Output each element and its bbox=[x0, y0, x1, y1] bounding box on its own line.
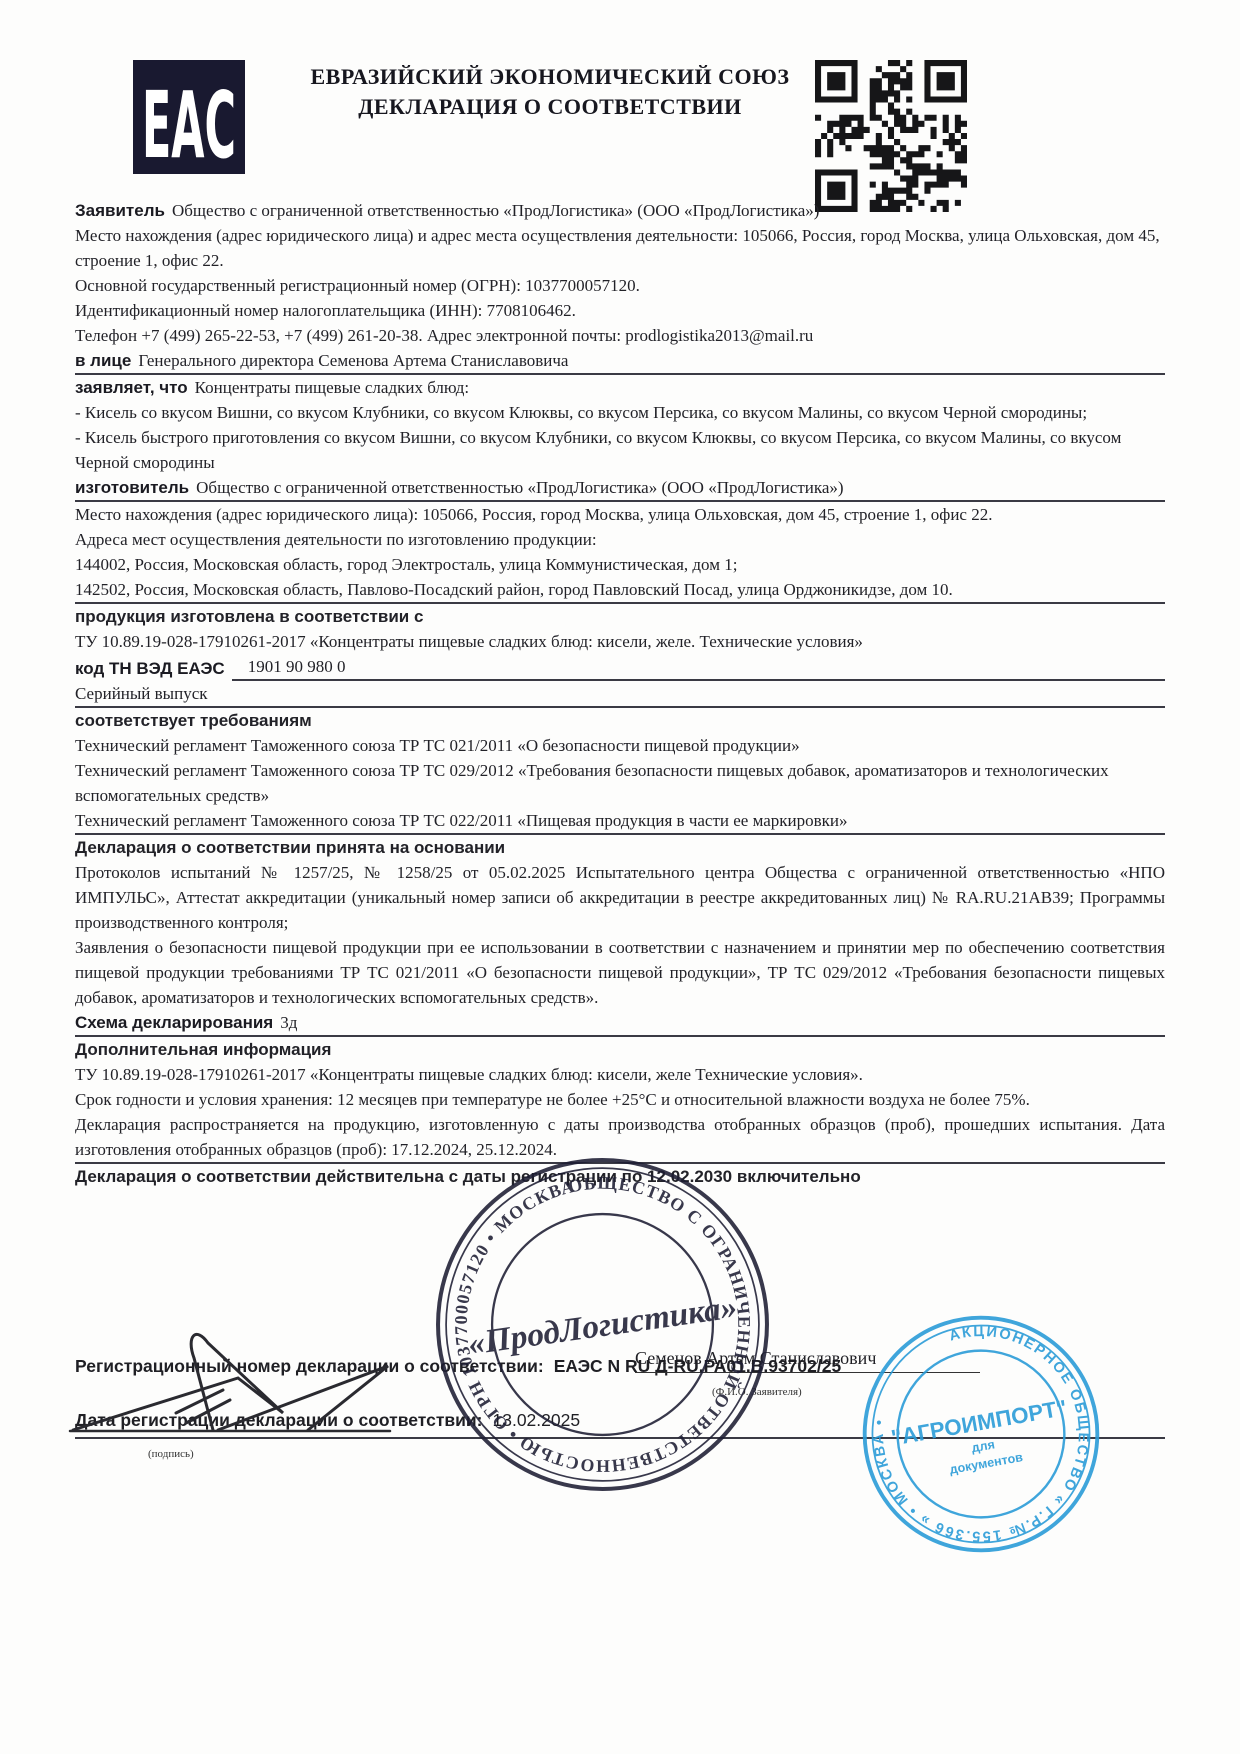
svg-text:ЕАС: ЕАС bbox=[142, 72, 236, 174]
product-item-2: - Кисель быстрого приготовления со вкусо… bbox=[75, 425, 1165, 475]
declares-line: заявляет, чтоКонцентраты пищевые сладких… bbox=[75, 375, 1165, 400]
company-seal-center-text: «ПродЛогистика» bbox=[466, 1288, 740, 1362]
agroimport-stamp: АКЦИОНЕРНОЕ ОБЩЕСТВО « Г.Р.№ 155.366 » •… bbox=[855, 1308, 1107, 1560]
regulation-2: Технический регламент Таможенного союза … bbox=[75, 758, 1165, 808]
applicant-name: Общество с ограниченной ответственностью… bbox=[172, 201, 819, 220]
made-in-accordance-text: ТУ 10.89.19-028-17910261-2017 «Концентра… bbox=[75, 629, 1165, 654]
in-person-label: в лице bbox=[75, 351, 131, 370]
additional-info-label: Дополнительная информация bbox=[75, 1037, 1165, 1062]
manufacturer-name: Общество с ограниченной ответственностью… bbox=[196, 478, 843, 497]
complies-label: соответствует требованиям bbox=[75, 708, 1165, 733]
manufacturer-address: Место нахождения (адрес юридического лиц… bbox=[75, 502, 1165, 527]
made-in-accordance-label: продукция изготовлена в соответствии с bbox=[75, 604, 1165, 629]
applicant-inn: Идентификационный номер налогоплательщик… bbox=[75, 298, 1165, 323]
production-address-1: 144002, Россия, Московская область, горо… bbox=[75, 552, 1165, 577]
agroimport-center-line3: документов bbox=[948, 1450, 1024, 1477]
document-title: ЕВРАЗИЙСКИЙ ЭКОНОМИЧЕСКИЙ СОЮЗ ДЕКЛАРАЦИ… bbox=[280, 62, 820, 122]
applicant-ogrn: Основной государственный регистрационный… bbox=[75, 273, 1165, 298]
qr-code-icon bbox=[815, 60, 967, 212]
declaration-document: ЕАС ЕВРАЗИЙСКИЙ ЭКОНОМИЧЕСКИЙ СОЮЗ ДЕКЛА… bbox=[0, 0, 1240, 1754]
basis-statements: Заявления о безопасности пищевой продукц… bbox=[75, 935, 1165, 1010]
eac-letters: ЕАС bbox=[133, 60, 245, 174]
regulation-1: Технический регламент Таможенного союза … bbox=[75, 733, 1165, 758]
company-seal-stamp: ОБЩЕСТВО С ОГРАНИЧЕННОЙ ОТВЕТСТВЕННОСТЬЮ… bbox=[430, 1152, 775, 1497]
scheme-value: 3д bbox=[280, 1013, 297, 1032]
applicant-line: ЗаявительОбщество с ограниченной ответст… bbox=[75, 198, 1165, 223]
tnved-label: код ТН ВЭД ЕАЭС bbox=[75, 656, 225, 681]
declares-label: заявляет, что bbox=[75, 378, 188, 397]
signature-caption: (подпись) bbox=[148, 1448, 194, 1460]
production-address-2: 142502, Россия, Московская область, Павл… bbox=[75, 577, 1165, 604]
regulation-3: Технический регламент Таможенного союза … bbox=[75, 808, 1165, 835]
title-line-union: ЕВРАЗИЙСКИЙ ЭКОНОМИЧЕСКИЙ СОЮЗ bbox=[280, 62, 820, 92]
in-person-text: Генерального директора Семенова Артема С… bbox=[138, 351, 568, 370]
applicant-address: Место нахождения (адрес юридического лиц… bbox=[75, 223, 1165, 273]
basis-label: Декларация о соответствии принята на осн… bbox=[75, 835, 1165, 860]
basis-protocols: Протоколов испытаний № 1257/25, № 1258/2… bbox=[75, 860, 1165, 935]
manufacturer-label: изготовитель bbox=[75, 478, 189, 497]
tnved-value: 1901 90 980 0 bbox=[232, 654, 1165, 681]
applicant-phone-email: Телефон +7 (499) 265-22-53, +7 (499) 261… bbox=[75, 323, 1165, 348]
signature-icon bbox=[58, 1318, 418, 1453]
declares-text: Концентраты пищевые сладких блюд: bbox=[195, 378, 470, 397]
applicant-label: Заявитель bbox=[75, 201, 165, 220]
serial-release: Серийный выпуск bbox=[75, 681, 1165, 708]
product-item-1: - Кисель со вкусом Вишни, со вкусом Клуб… bbox=[75, 400, 1165, 425]
tnved-row: код ТН ВЭД ЕАЭС1901 90 980 0 bbox=[75, 654, 1165, 681]
production-addresses-label: Адреса мест осуществления деятельности п… bbox=[75, 527, 1165, 552]
scheme-label: Схема декларирования bbox=[75, 1013, 273, 1032]
scheme-row: Схема декларирования3д bbox=[75, 1010, 1165, 1037]
eac-mark-icon: ЕАС bbox=[133, 60, 245, 174]
additional-tu: ТУ 10.89.19-028-17910261-2017 «Концентра… bbox=[75, 1062, 1165, 1087]
agroimport-center-line2: для bbox=[970, 1437, 995, 1455]
title-line-declaration: ДЕКЛАРАЦИЯ О СООТВЕТСТВИИ bbox=[280, 92, 820, 122]
in-person-line: в лицеГенерального директора Семенова Ар… bbox=[75, 348, 1165, 375]
manufacturer-line: изготовительОбщество с ограниченной отве… bbox=[75, 475, 1165, 502]
additional-shelf-life: Срок годности и условия хранения: 12 мес… bbox=[75, 1087, 1165, 1112]
